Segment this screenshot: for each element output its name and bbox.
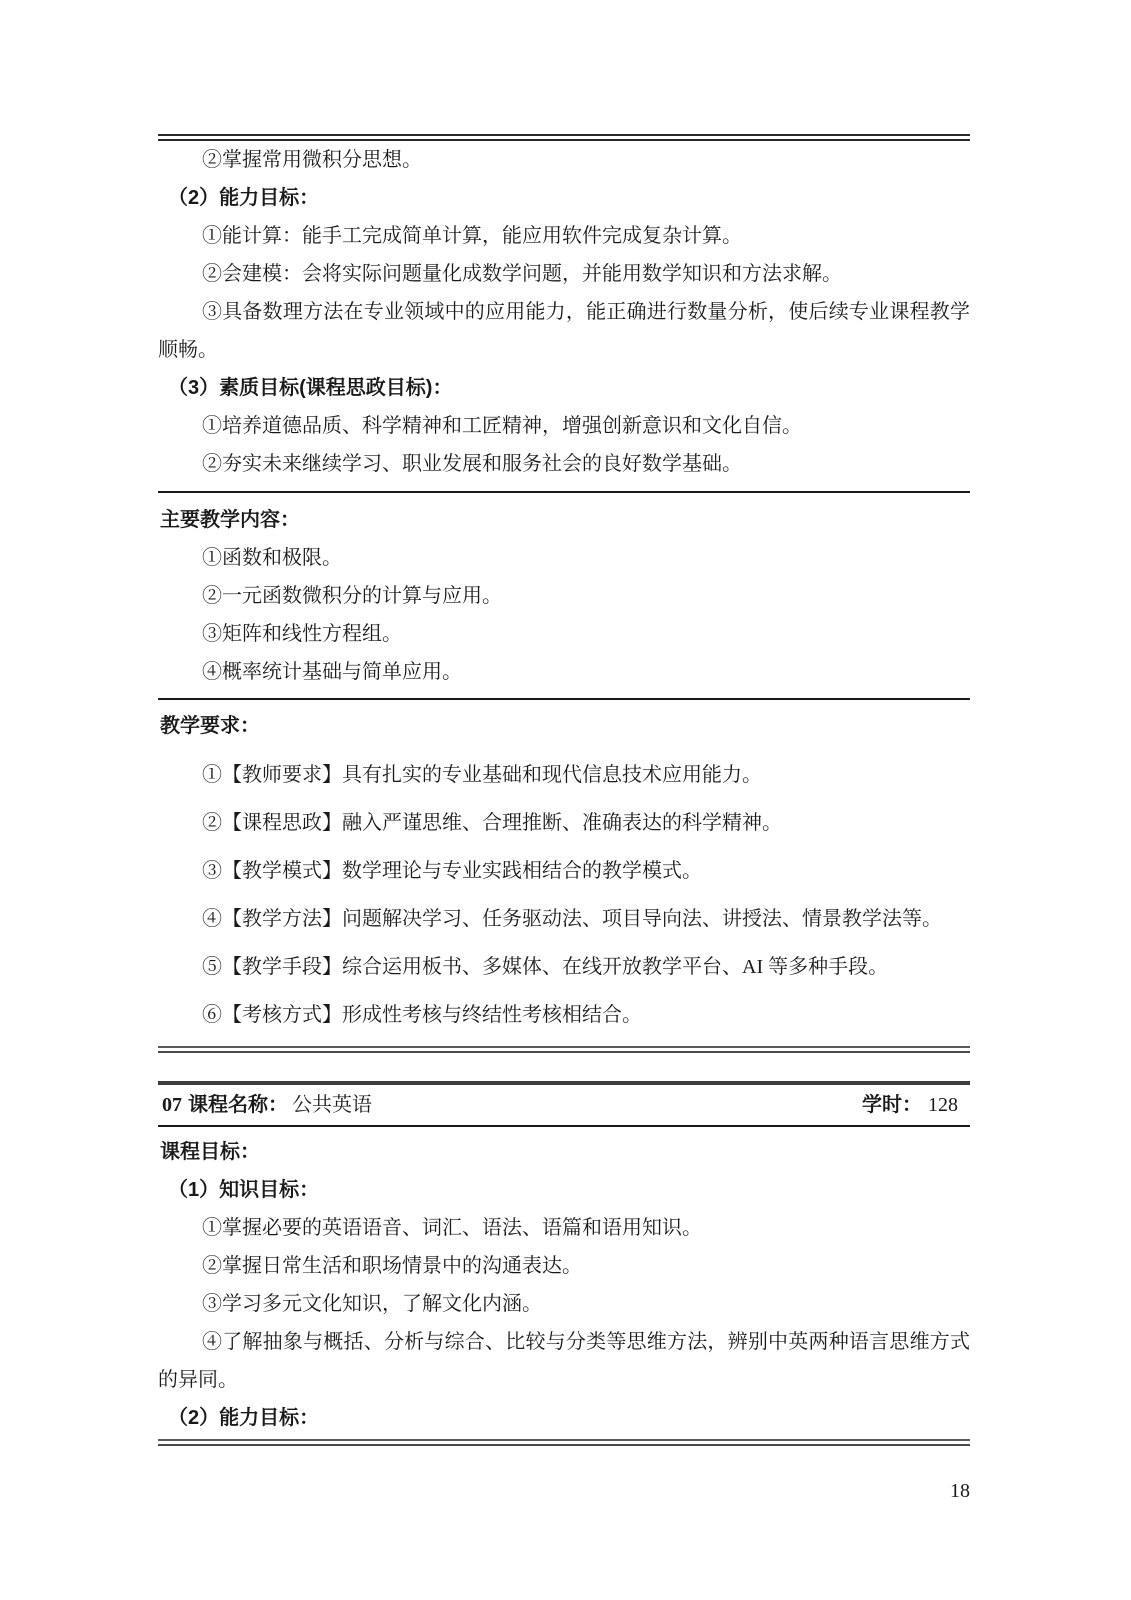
list-item: ③学习多元文化知识，了解文化内涵。 [158,1285,970,1323]
section-heading-main-content: 主要教学内容： [158,501,970,539]
subsection-heading-quality: （3）素质目标(课程思政目标)： [158,369,970,407]
course-number: 07 [162,1085,182,1125]
list-item: ②掌握日常生活和职场情景中的沟通表达。 [158,1247,970,1285]
list-item: ④了解抽象与概括、分析与综合、比较与分类等思维方法，辨别中英两种语言思维方式的异… [158,1323,970,1399]
list-item: ②一元函数微积分的计算与应用。 [158,577,970,615]
table-border-top [158,134,970,141]
table-border-bottom [158,1046,970,1053]
list-item: ③具备数理方法在专业领域中的应用能力，能正确进行数量分析，使后续专业课程教学顺畅… [158,293,970,369]
page-number: 18 [950,1480,970,1503]
list-item: ①掌握必要的英语语音、词汇、语法、语篇和语用知识。 [158,1209,970,1247]
list-item: ④【教学方法】问题解决学习、任务驱动法、项目导向法、讲授法、情景教学法等。 [158,895,970,943]
section-divider [158,491,970,493]
list-item: ②【课程思政】融入严谨思维、合理推断、准确表达的科学精神。 [158,799,970,847]
section-heading-requirements: 教学要求： [158,707,970,745]
page-block-bottom-border [158,1439,970,1446]
subsection-heading-ability-07: （2）能力目标： [158,1399,970,1437]
subsection-heading-ability: （2）能力目标： [158,179,970,217]
list-item: ①培养道德品质、科学精神和工匠精神，增强创新意识和文化自信。 [158,407,970,445]
list-item: ③矩阵和线性方程组。 [158,615,970,653]
course-title-row: 07 课程名称： 公共英语 学时：128 [158,1081,970,1127]
list-item: ③【教学模式】数学理论与专业实践相结合的教学模式。 [158,847,970,895]
course-name-label: 课程名称： [188,1085,288,1125]
section-heading-objectives: 课程目标： [158,1133,970,1171]
list-item: ②夯实未来继续学习、职业发展和服务社会的良好数学基础。 [158,445,970,491]
course-title-right: 学时：128 [862,1085,958,1125]
list-item: ①函数和极限。 [158,539,970,577]
list-item: ②掌握常用微积分思想。 [158,141,970,179]
document-content: ②掌握常用微积分思想。 （2）能力目标： ①能计算：能手工完成简单计算，能应用软… [158,134,970,1446]
course-title-left: 07 课程名称： 公共英语 [162,1085,372,1125]
subsection-heading-knowledge: （1）知识目标： [158,1171,970,1209]
list-item: ⑤【教学手段】综合运用板书、多媒体、在线开放教学平台、AI 等多种手段。 [158,943,970,991]
list-item: ①【教师要求】具有扎实的专业基础和现代信息技术应用能力。 [158,751,970,799]
course-name: 公共英语 [292,1085,372,1125]
list-item: ⑥【考核方式】形成性考核与终结性考核相结合。 [158,991,970,1039]
section-divider [158,698,970,700]
list-item: ①能计算：能手工完成简单计算，能应用软件完成复杂计算。 [158,217,970,255]
list-item: ②会建模：会将实际问题量化成数学问题，并能用数学知识和方法求解。 [158,255,970,293]
hours-value: 128 [928,1094,958,1116]
document-page: ②掌握常用微积分思想。 （2）能力目标： ①能计算：能手工完成简单计算，能应用软… [0,0,1131,1600]
list-item: ④概率统计基础与简单应用。 [158,653,970,698]
hours-label: 学时： [862,1094,922,1116]
